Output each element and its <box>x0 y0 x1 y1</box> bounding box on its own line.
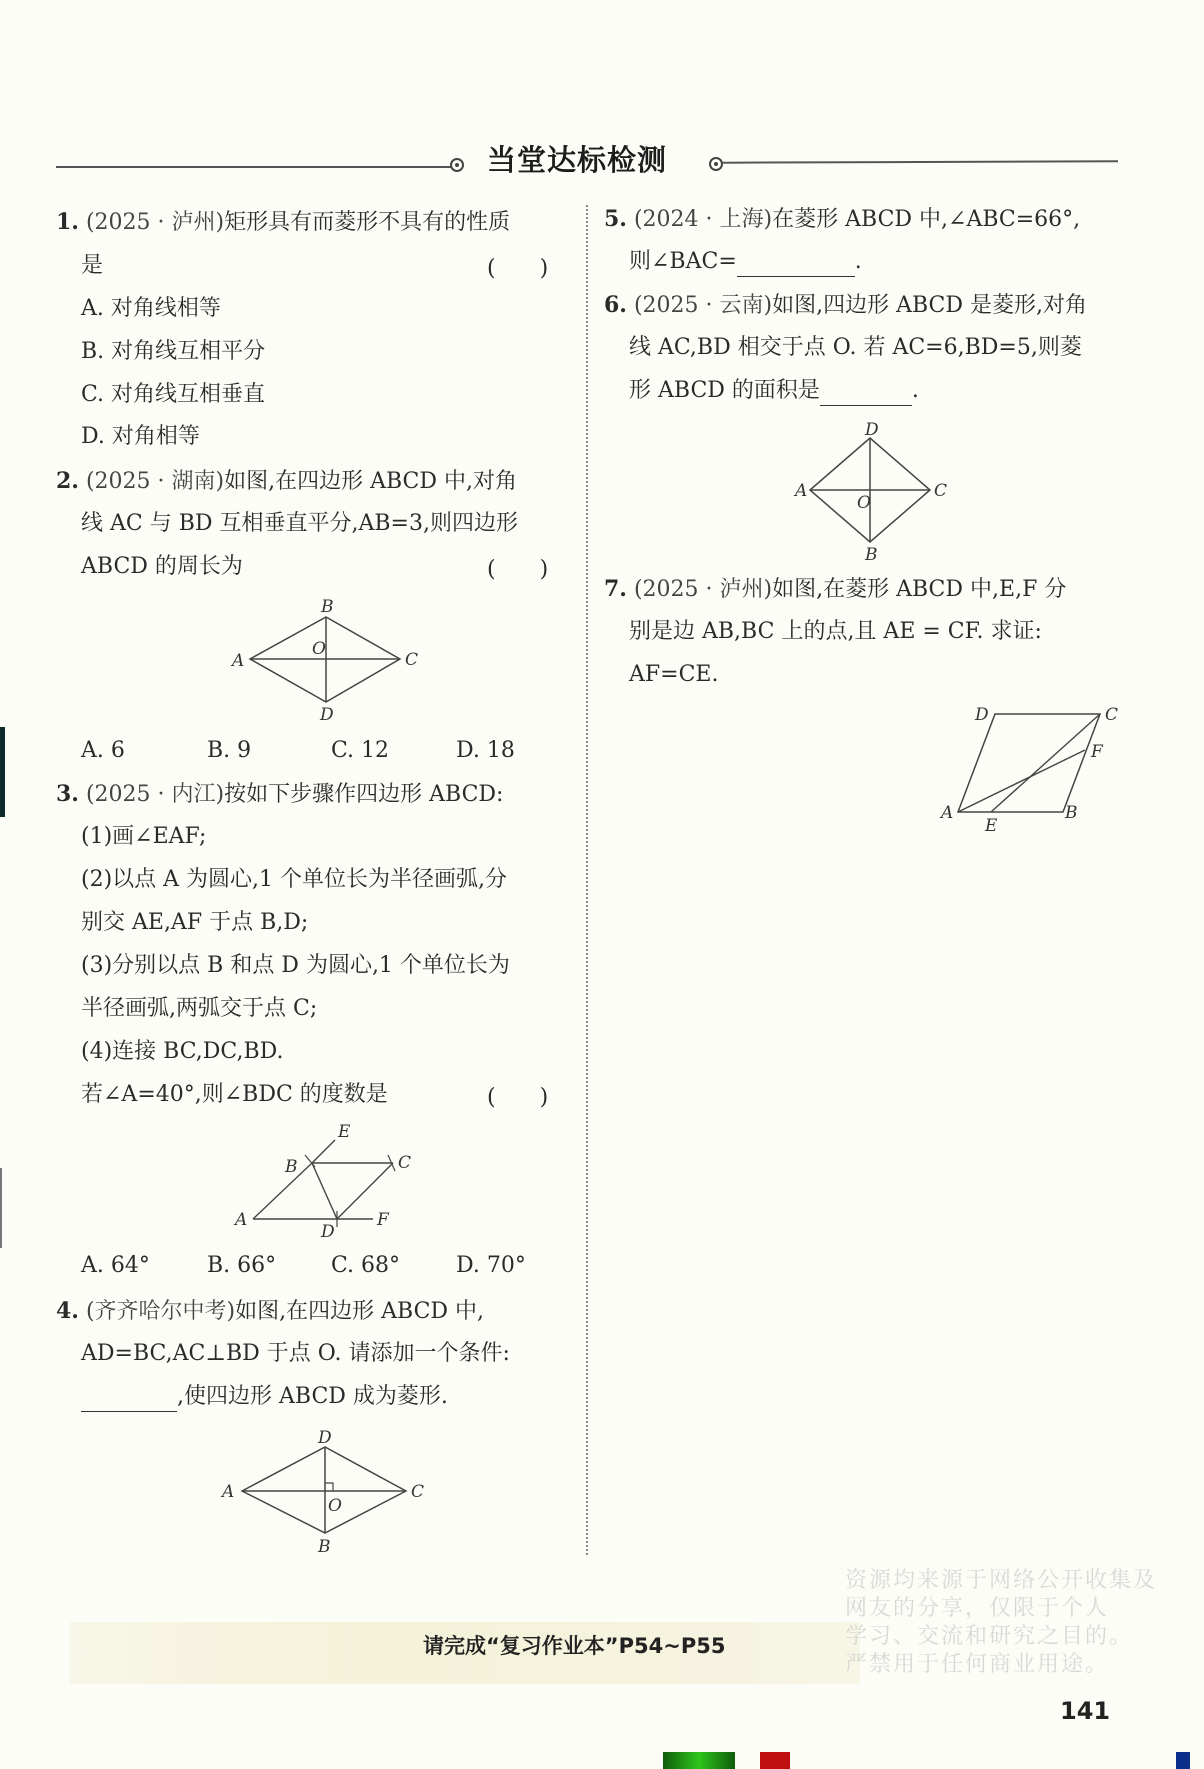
step-3-cont: 半径画弧,两弧交于点 C; <box>81 994 317 1024</box>
question-text: 矩形具有而菱形不具有的性质 <box>224 210 510 235</box>
tab-marker-red <box>760 1752 790 1769</box>
option-a[interactable]: A. 对角线相等 <box>81 294 221 324</box>
question-number: 6. <box>604 292 627 318</box>
answer-blank[interactable] <box>820 383 912 406</box>
option-b[interactable]: B. 9 <box>207 738 251 763</box>
rhombus-figure: D C F A E B <box>935 700 1135 840</box>
label-d: D <box>319 705 334 725</box>
label-d: D <box>320 1222 335 1242</box>
option-d[interactable]: D. 70° <box>456 1253 526 1278</box>
header-rule-left <box>56 166 452 168</box>
watermark: 资源均来源于网络公开收集及 网友的分享，仅限于个人 学习、交流和研究之目的。 严… <box>845 1567 1204 1679</box>
rhombus-figure: D A O C B <box>785 418 955 568</box>
question-number: 3. <box>56 781 79 807</box>
label-b: B <box>864 545 878 565</box>
question-text: 形 ABCD 的面积是 <box>629 378 820 403</box>
label-b: B <box>284 1157 298 1177</box>
question-text: 在菱形 ABCD 中,∠ABC=66°, <box>772 207 1080 232</box>
question-source: (2025 · 湖南) <box>86 469 224 494</box>
label-c: C <box>398 1153 411 1173</box>
question-source: (2024 · 上海) <box>634 207 772 232</box>
question-number: 4. <box>56 1298 79 1324</box>
homework-reference: 请完成“复习作业本”P54~P55 <box>423 1630 725 1660</box>
label-d: D <box>864 420 879 440</box>
option-a[interactable]: A. 6 <box>81 738 125 763</box>
header-ornament-left-icon <box>450 158 464 172</box>
option-d[interactable]: D. 对角相等 <box>81 422 200 452</box>
label-c: C <box>1105 705 1118 725</box>
punctuation: . <box>855 249 862 274</box>
edge-mark <box>0 1168 2 1248</box>
question-text: 别是边 AB,BC 上的点,且 AE = CF. 求证: <box>629 617 1042 647</box>
construction-figure: E B C A D F <box>225 1115 425 1245</box>
label-a: A <box>939 803 953 823</box>
question-source: (2025 · 泸州) <box>634 577 772 602</box>
question-text: ,使四边形 ABCD 成为菱形. <box>177 1384 448 1409</box>
question-text: 如图,在四边形 ABCD 中, <box>235 1299 484 1324</box>
watermark-line: 网友的分享，仅限于个人 <box>845 1595 1204 1623</box>
question-text: 如图,在四边形 ABCD 中,对角 <box>224 469 517 494</box>
answer-paren[interactable]: ( ) <box>487 1080 548 1111</box>
question-source: (2025 · 泸州) <box>86 210 224 235</box>
header-rule-right <box>722 160 1118 163</box>
label-a: A <box>233 1210 247 1230</box>
question-text: AD=BC,AC⊥BD 于点 O. 请添加一个条件: <box>81 1339 510 1369</box>
watermark-line: 学习、交流和研究之目的。 <box>845 1623 1204 1651</box>
label-e: E <box>984 816 998 836</box>
option-b[interactable]: B. 66° <box>207 1253 276 1278</box>
question-text: 线 AC 与 BD 互相垂直平分,AB=3,则四边形 <box>81 509 518 539</box>
page-number: 141 <box>1060 1697 1110 1725</box>
rhombus-figure: D A O C B <box>210 1425 440 1560</box>
punctuation: . <box>912 378 919 403</box>
question-text: 如图,四边形 ABCD 是菱形,对角 <box>772 293 1087 318</box>
question-text: 线 AC,BD 相交于点 O. 若 AC=6,BD=5,则菱 <box>629 333 1082 363</box>
watermark-line: 严禁用于任何商业用途。 <box>845 1651 1204 1679</box>
label-b: B <box>1064 803 1078 823</box>
question-text: 则∠BAC= <box>629 249 737 274</box>
step-3: (3)分别以点 B 和点 D 为圆心,1 个单位长为 <box>81 951 510 981</box>
label-o: O <box>328 1496 342 1516</box>
label-o: O <box>857 493 871 513</box>
step-2-cont: 别交 AE,AF 于点 B,D; <box>81 908 308 938</box>
question-number: 5. <box>604 206 627 232</box>
label-f: F <box>1090 742 1104 762</box>
question-text: ABCD 的周长为 <box>81 552 243 582</box>
question-text: 按如下步骤作四边形 ABCD: <box>224 782 503 807</box>
label-a: A <box>230 651 244 671</box>
option-a[interactable]: A. 64° <box>81 1253 150 1278</box>
step-4: (4)连接 BC,DC,BD. <box>81 1037 283 1067</box>
question-source: (齐齐哈尔中考) <box>86 1299 235 1324</box>
label-a: A <box>220 1482 234 1502</box>
label-d: D <box>317 1428 332 1448</box>
question-source: (2025 · 云南) <box>634 293 772 318</box>
answer-paren[interactable]: ( ) <box>487 251 548 282</box>
question-text: AF=CE. <box>629 660 718 690</box>
watermark-line: 资源均来源于网络公开收集及 <box>845 1567 1204 1595</box>
column-divider <box>586 205 588 1555</box>
rhombus-figure: B A O C D <box>220 590 440 730</box>
option-c[interactable]: C. 12 <box>331 738 389 763</box>
option-d[interactable]: D. 18 <box>456 738 515 763</box>
question-number: 1. <box>56 209 79 235</box>
question-source: (2025 · 内江) <box>86 782 224 807</box>
label-c: C <box>934 481 947 501</box>
answer-blank[interactable] <box>737 254 855 277</box>
section-title: 当堂达标检测 <box>487 138 667 179</box>
edge-mark <box>0 727 5 817</box>
header-ornament-right-icon <box>709 157 723 171</box>
label-e: E <box>337 1122 351 1142</box>
question-text: 若∠A=40°,则∠BDC 的度数是 <box>81 1080 388 1110</box>
answer-paren[interactable]: ( ) <box>487 552 548 583</box>
label-o: O <box>312 639 326 659</box>
label-f: F <box>376 1210 390 1230</box>
label-c: C <box>411 1482 424 1502</box>
question-text: 是 <box>81 251 103 281</box>
option-b[interactable]: B. 对角线互相平分 <box>81 337 265 367</box>
step-1: (1)画∠EAF; <box>81 822 206 852</box>
label-c: C <box>405 650 418 670</box>
option-c[interactable]: C. 对角线互相垂直 <box>81 380 265 410</box>
answer-blank[interactable] <box>81 1389 177 1412</box>
tab-marker-green <box>663 1752 735 1769</box>
question-text: 如图,在菱形 ABCD 中,E,F 分 <box>772 577 1066 602</box>
label-b: B <box>320 597 334 617</box>
question-number: 7. <box>604 576 627 602</box>
step-2: (2)以点 A 为圆心,1 个单位长为半径画弧,分 <box>81 865 507 895</box>
label-a: A <box>793 481 807 501</box>
label-d: D <box>974 705 989 725</box>
tab-marker-blue <box>1176 1752 1190 1769</box>
label-b: B <box>317 1537 331 1557</box>
question-number: 2. <box>56 468 79 494</box>
option-c[interactable]: C. 68° <box>331 1253 400 1278</box>
